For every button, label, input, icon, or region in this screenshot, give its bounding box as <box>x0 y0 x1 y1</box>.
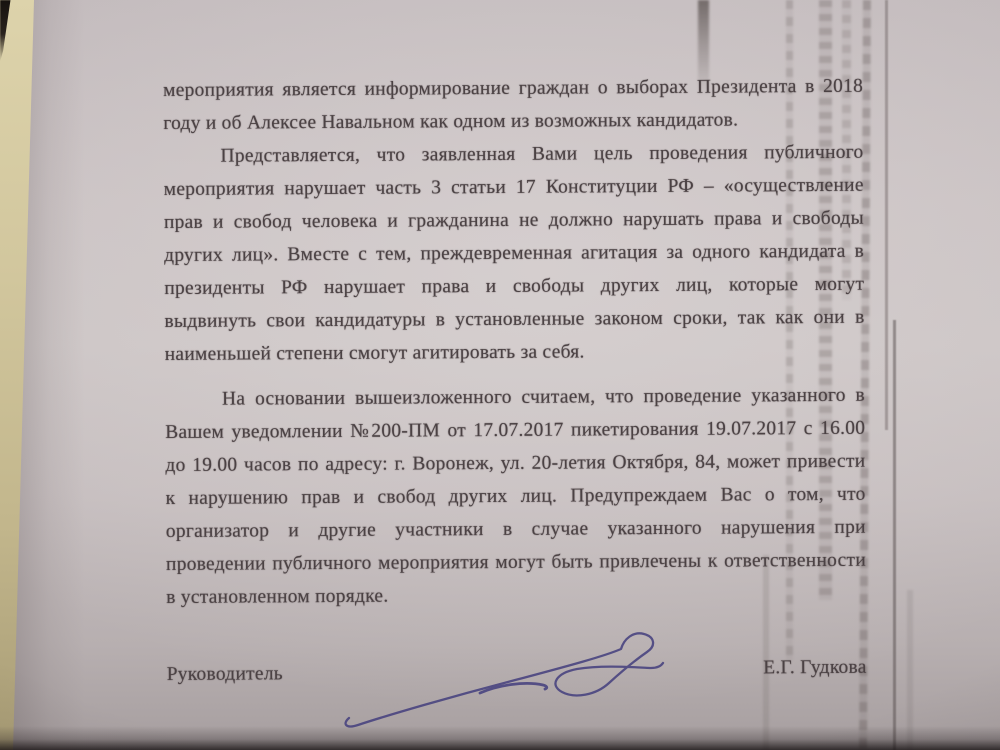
document-line: проведении публичного мероприятия могут … <box>166 544 866 581</box>
body-paragraphs: мероприятия является информирование граж… <box>163 70 866 614</box>
signature-ink <box>333 628 665 728</box>
document-line: На основании вышеизложенного считаем, чт… <box>165 379 865 416</box>
photo-of-document: мероприятия является информирование граж… <box>0 0 1000 750</box>
document-line: до 19.00 часов по адресу: г. Воронеж, ул… <box>165 445 865 482</box>
document-line: в установленном порядке. <box>166 577 866 614</box>
document-line: прав и свобод человека и гражданина не д… <box>164 202 864 239</box>
document-line: выдвинуть свои кандидатуры в установленн… <box>164 301 864 338</box>
signer-name: Е.Г. Гудкова <box>763 651 867 685</box>
document-line: году и об Алексее Навальном как одном из… <box>163 103 863 140</box>
document-line: Представляется, что заявленная Вами цель… <box>163 136 863 173</box>
document-line: Вашем уведомлении №200-ПМ от 17.07.2017 … <box>165 412 865 449</box>
document-line: президенты РФ нарушает права и свободы д… <box>164 268 864 305</box>
document-text: мероприятия является информирование граж… <box>163 70 867 691</box>
document-line: других лиц». Вместе с тем, преждевременн… <box>164 235 864 272</box>
document-line: мероприятия является информирование граж… <box>163 70 863 107</box>
photo-bottom-edge <box>0 726 1000 750</box>
signer-role: Руководитель <box>167 657 283 691</box>
document-line: к нарушению прав и свобод других лиц. Пр… <box>165 478 865 515</box>
document-line: наименьшей степени смогут агитировать за… <box>165 334 865 371</box>
document-line: организатор и другие участники в случае … <box>166 511 866 548</box>
document-line: мероприятия нарушает часть 3 статьи 17 К… <box>164 169 864 206</box>
